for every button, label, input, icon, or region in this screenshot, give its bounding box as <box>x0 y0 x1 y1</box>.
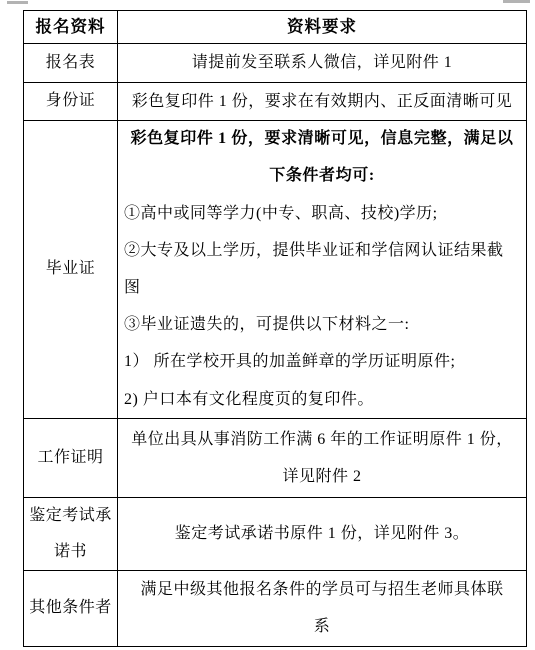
content-line: 下条件者均可: <box>118 157 526 194</box>
row-label: 鉴定考试承 <box>29 498 112 534</box>
row-label: 诺书 <box>54 534 87 570</box>
table-row-work-certificate: 工作证明 单位出具从事消防工作满 6 年的工作证明原件 1 份， 详见附件 2 <box>24 418 526 497</box>
top-left-crop-mark <box>7 1 28 4</box>
content-line: 满足中级其他报名条件的学员可与招生老师具体联 <box>118 571 526 608</box>
row-label-cell: 其他条件者 <box>24 571 118 646</box>
content-line: 请提前发至联系人微信，详见附件 1 <box>118 44 526 81</box>
row-content-cell: 鉴定考试承诺书原件 1 份，详见附件 3。 <box>118 498 526 570</box>
row-label-cell: 报名表 <box>24 44 118 82</box>
row-label-cell: 鉴定考试承 诺书 <box>24 498 118 570</box>
header-cell-requirements: 资料要求 <box>118 11 526 43</box>
table-row-exam-commitment: 鉴定考试承 诺书 鉴定考试承诺书原件 1 份，详见附件 3。 <box>24 497 526 570</box>
content-line: 彩色复印件 1 份，要求在有效期内、正反面清晰可见 <box>118 83 526 120</box>
row-content-cell: 彩色复印件 1 份，要求在有效期内、正反面清晰可见 <box>118 83 526 120</box>
top-right-crop-mark <box>503 0 530 3</box>
document-page: 报名资料 资料要求 报名表 请提前发至联系人微信，详见附件 1 身份证 彩色复印… <box>0 0 535 650</box>
registration-materials-table: 报名资料 资料要求 报名表 请提前发至联系人微信，详见附件 1 身份证 彩色复印… <box>23 10 527 647</box>
row-content-cell: 请提前发至联系人微信，详见附件 1 <box>118 44 526 82</box>
row-label: 毕业证 <box>46 251 96 287</box>
content-line: 2) 户口本有文化程度页的复印件。 <box>118 381 526 418</box>
header-cell-materials: 报名资料 <box>24 11 118 43</box>
content-line: 鉴定考试承诺书原件 1 份，详见附件 3。 <box>118 515 526 552</box>
row-content-cell: 满足中级其他报名条件的学员可与招生老师具体联 系 <box>118 571 526 646</box>
row-label: 身份证 <box>46 83 96 119</box>
row-label-cell: 身份证 <box>24 83 118 120</box>
content-line: 系 <box>118 608 526 645</box>
row-label-cell: 毕业证 <box>24 121 118 418</box>
row-content-cell: 彩色复印件 1 份，要求清晰可见，信息完整，满足以 下条件者均可: ①高中或同等… <box>118 121 526 418</box>
content-line: 详见附件 2 <box>118 458 526 495</box>
table-row-application-form: 报名表 请提前发至联系人微信，详见附件 1 <box>24 43 526 82</box>
content-line: ②大专及以上学历，提供毕业证和学信网认证结果截 <box>118 232 526 269</box>
table-header-row: 报名资料 资料要求 <box>24 11 526 43</box>
content-line: ①高中或同等学力(中专、职高、技校)学历; <box>118 195 526 232</box>
row-label: 工作证明 <box>37 440 103 476</box>
header-label-requirements: 资料要求 <box>118 11 526 42</box>
row-label-cell: 工作证明 <box>24 419 118 497</box>
content-line: 图 <box>118 269 526 306</box>
content-line: 1） 所在学校开具的加盖鲜章的学历证明原件; <box>118 343 526 380</box>
row-content-cell: 单位出具从事消防工作满 6 年的工作证明原件 1 份， 详见附件 2 <box>118 419 526 497</box>
content-line: 单位出具从事消防工作满 6 年的工作证明原件 1 份， <box>118 421 526 458</box>
table-row-other-conditions: 其他条件者 满足中级其他报名条件的学员可与招生老师具体联 系 <box>24 570 526 646</box>
header-label-materials: 报名资料 <box>36 11 106 42</box>
row-label: 报名表 <box>46 45 96 81</box>
content-line: 彩色复印件 1 份，要求清晰可见，信息完整，满足以 <box>118 120 526 157</box>
content-line: ③毕业证遗失的，可提供以下材料之一: <box>118 306 526 343</box>
table-row-diploma: 毕业证 彩色复印件 1 份，要求清晰可见，信息完整，满足以 下条件者均可: ①高… <box>24 120 526 418</box>
row-label: 其他条件者 <box>29 590 112 626</box>
table-row-id-card: 身份证 彩色复印件 1 份，要求在有效期内、正反面清晰可见 <box>24 82 526 120</box>
